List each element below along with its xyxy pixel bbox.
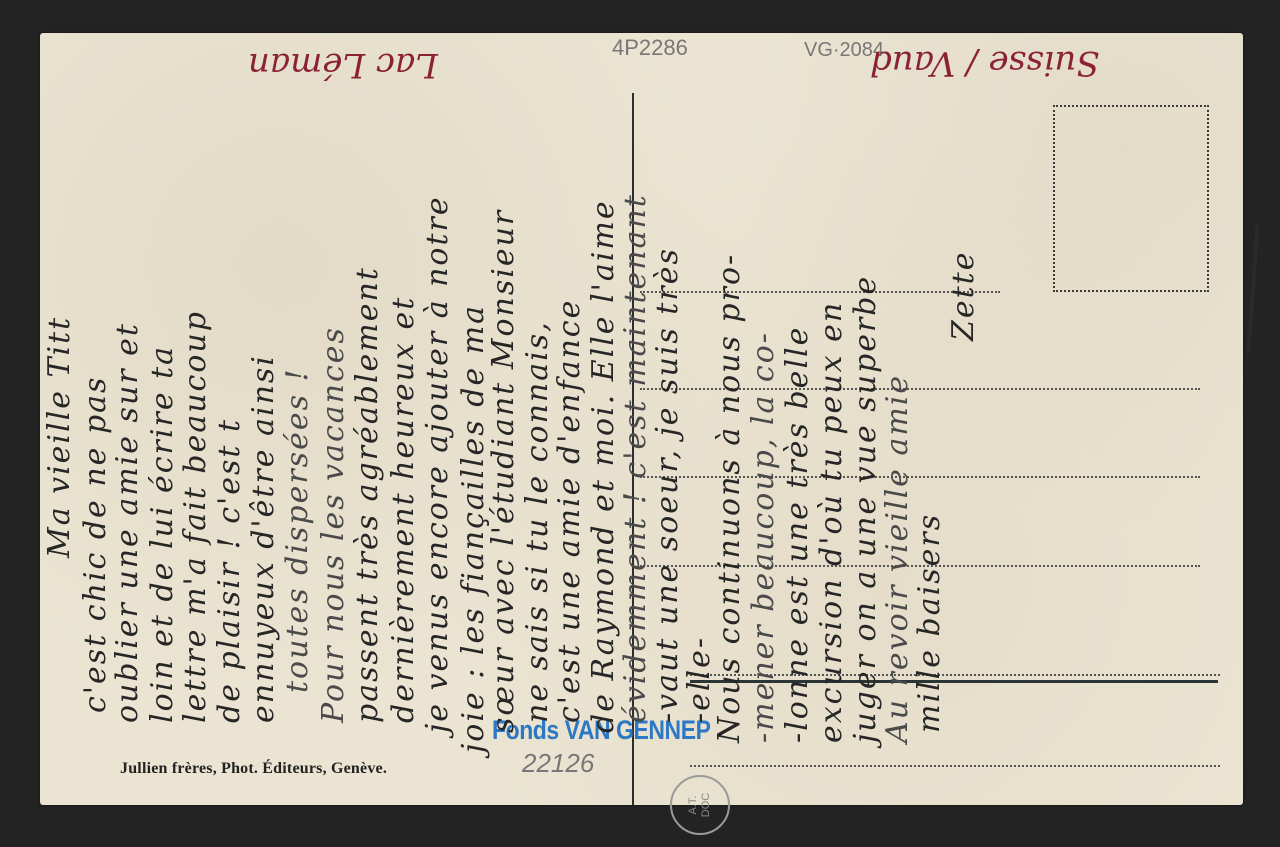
message-line: oublier une amie sur et [110, 322, 145, 723]
message-line: c'est chic de ne pas [78, 376, 113, 713]
address-side-line: -vaut une soeur, je suis très [650, 247, 685, 723]
pencil-number-bottom: 22126 [522, 748, 594, 779]
postcard: 4P2286 VG·2084 Lac Léman Suisse / Vaud 2… [40, 33, 1243, 805]
red-annotation-region: Suisse / Vaud [870, 43, 1100, 83]
pen-stroke-mark [1246, 223, 1259, 353]
postmark-circle: A.T. DOC [670, 775, 730, 835]
address-side-line: -lonne est une très belle [780, 326, 815, 743]
message-line: toutes dispersées ! [280, 367, 315, 693]
message-line: loin et de lui écrire ta [145, 345, 180, 723]
message-line: ennuyeux d'être ainsi [246, 354, 281, 723]
postmark-line-1: A.T. [687, 796, 700, 815]
address-side-line: Au revoir vieille amie [880, 374, 915, 743]
message-line: de plaisir ! c'est t [212, 418, 247, 723]
archive-number-4p: 4P2286 [612, 35, 688, 61]
red-annotation-lac-leman: Lac Léman [248, 45, 438, 85]
address-side-line: de Raymond et moi. Elle l'aime [586, 199, 621, 733]
stamp-placeholder-box [1053, 105, 1209, 292]
address-side-line: juger on a une vue superbe [848, 275, 883, 743]
message-line: passent très agréablement [350, 266, 385, 723]
address-side-line: excursion d'où tu peux en [814, 301, 849, 743]
address-side-line: c'est une amie d'enfance [552, 299, 587, 723]
message-line: lettre m'a fait beaucoup [178, 310, 213, 723]
address-side-line: mille baisers [912, 513, 947, 733]
message-line: je venus encore ajouter à notre [420, 195, 455, 733]
postmark-line-2: DOC [700, 793, 713, 817]
address-side-line: Nous continuons à nous pro- [712, 253, 747, 743]
message-line: Ma vieille Titt [42, 316, 77, 558]
publisher-imprint: Jullien frères, Phot. Éditeurs, Genève. [120, 760, 387, 778]
address-side-line: évidemment ! c'est maintenant [618, 193, 653, 723]
address-side-line: -mener beaucoup, la co- [746, 331, 781, 743]
signature: Zette [946, 251, 981, 341]
address-line-6 [690, 765, 1220, 767]
address-side-line: sœur avec l'étudiant Monsieur [486, 209, 521, 733]
address-side-line: ne sais si tu le connais, [520, 320, 555, 723]
message-line: dernièrement heureux et [386, 296, 421, 723]
message-line: Pour nous les vacances [316, 326, 351, 723]
